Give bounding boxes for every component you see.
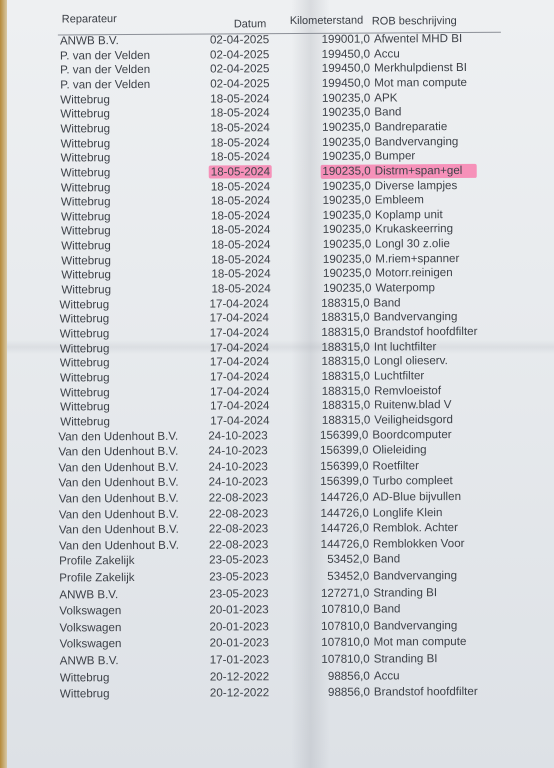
cell-datum: 18-05-2024 [211, 209, 270, 222]
header-kilometerstand: Kilometerstand [290, 15, 363, 27]
cell-datum: 22-08-2023 [209, 522, 268, 535]
cell-datum: 22-08-2023 [209, 538, 268, 551]
cell-reparateur: Volkswagen [59, 621, 121, 634]
cell-reparateur: Van den Udenhout B.V. [59, 492, 179, 506]
cell-datum: 22-08-2023 [209, 507, 268, 520]
cell-kilometerstand: 156399,0 [296, 444, 368, 457]
cell-reparateur: P. van der Velden [60, 63, 150, 77]
cell-datum: 20-01-2023 [209, 603, 268, 616]
header-reparateur: Reparateur [62, 13, 117, 25]
cell-datum: 18-05-2024 [210, 121, 269, 134]
cell-kilometerstand: 190235,0 [299, 136, 371, 149]
cell-reparateur: Wittebrug [60, 342, 110, 355]
cell-datum: 17-04-2024 [210, 341, 269, 354]
cell-datum: 17-04-2024 [210, 355, 269, 368]
cell-datum: 23-05-2023 [209, 570, 268, 583]
cell-datum: 22-08-2023 [209, 491, 268, 504]
cell-kilometerstand: 144726,0 [297, 538, 369, 551]
cell-kilometerstand: 188315,0 [298, 341, 370, 354]
cell-kilometerstand: 190235,0 [298, 106, 370, 119]
cell-kilometerstand: 190235,0 [299, 267, 371, 280]
cell-beschrijving: Brandstof hoofdfilter [374, 325, 478, 339]
cell-beschrijving: Accu [374, 669, 400, 682]
cell-reparateur: Van den Udenhout B.V. [59, 508, 179, 522]
cell-beschrijving: Boordcomputer [372, 428, 451, 441]
cell-beschrijving: Longl 30 z.olie [375, 237, 450, 250]
cell-beschrijving: Bandvervanging [375, 135, 459, 149]
cell-reparateur: Volkswagen [60, 637, 122, 650]
cell-kilometerstand: 199450,0 [298, 77, 370, 90]
cell-kilometerstand: 107810,0 [297, 603, 369, 616]
cell-reparateur: Van den Udenhout B.V. [58, 445, 178, 459]
cell-kilometerstand: 107810,0 [298, 636, 370, 649]
cell-kilometerstand: 190235,0 [299, 253, 371, 266]
cell-datum: 17-04-2024 [210, 311, 269, 324]
cell-datum: 17-01-2023 [210, 653, 269, 666]
cell-kilometerstand: 188315,0 [298, 414, 370, 427]
cell-datum: 24-10-2023 [209, 475, 268, 488]
cell-beschrijving: Roetfilter [372, 459, 418, 472]
cell-beschrijving: Stranding BI [374, 652, 438, 665]
cell-datum: 20-12-2022 [210, 670, 269, 683]
cell-beschrijving: Stranding BI [373, 586, 437, 599]
cell-kilometerstand: 53452,0 [297, 570, 369, 583]
cell-datum: 18-05-2024 [211, 223, 270, 236]
cell-beschrijving: Int luchtfilter [374, 340, 437, 353]
cell-reparateur: Wittebrug [61, 137, 111, 150]
table-row: Volkswagen20-01-2023107810,0Mot man comp… [0, 634, 552, 652]
cell-datum: 23-05-2023 [209, 587, 268, 600]
cell-kilometerstand: 188315,0 [298, 326, 370, 339]
cell-kilometerstand: 188315,0 [298, 399, 370, 412]
cell-beschrijving: Ruitenw.blad V [374, 398, 451, 411]
cell-beschrijving: AD-Blue bijvullen [373, 490, 461, 504]
cell-kilometerstand: 190235,0 [298, 92, 370, 105]
cell-reparateur: ANWB B.V. [60, 654, 119, 667]
cell-datum: 18-05-2024 [211, 238, 270, 251]
cell-reparateur: Wittebrug [61, 195, 111, 208]
cell-kilometerstand: 188315,0 [298, 355, 370, 368]
cell-beschrijving: Bandvervanging [374, 310, 458, 324]
cell-datum: 02-04-2025 [210, 48, 269, 61]
cell-kilometerstand: 98856,0 [298, 670, 370, 683]
cell-datum: 20-01-2023 [210, 636, 269, 649]
cell-beschrijving: Distrm+span+gel [375, 164, 463, 178]
cell-beschrijving: Mot man compute [374, 635, 467, 649]
cell-beschrijving: APK [374, 91, 397, 104]
cell-datum: 18-05-2024 [211, 150, 270, 163]
cell-kilometerstand: 199450,0 [298, 62, 370, 75]
cell-datum: 18-05-2024 [211, 136, 270, 149]
table-row: Profile Zakelijk23-05-202353452,0Bandver… [0, 568, 551, 586]
cell-beschrijving: Olieleiding [372, 443, 426, 456]
cell-beschrijving: Bandvervanging [373, 569, 457, 583]
cell-reparateur: Wittebrug [60, 122, 110, 135]
cell-kilometerstand: 127271,0 [297, 587, 369, 600]
cell-kilometerstand: 190235,0 [299, 150, 371, 163]
cell-reparateur: Wittebrug [61, 268, 111, 281]
cell-reparateur: Wittebrug [60, 671, 110, 684]
table-row: Profile Zakelijk23-05-202353452,0Band [0, 551, 551, 569]
cell-beschrijving: Koplamp unit [375, 208, 443, 221]
cell-beschrijving: Bumper [375, 149, 416, 162]
cell-reparateur: Wittebrug [61, 166, 111, 179]
cell-datum: 17-04-2024 [209, 297, 268, 310]
cell-datum: 18-05-2024 [211, 253, 270, 266]
cell-reparateur: ANWB B.V. [60, 34, 119, 47]
cell-beschrijving: Remvloeistof [374, 384, 441, 397]
cell-datum: 18-05-2024 [210, 92, 269, 105]
cell-beschrijving: Longlife Klein [373, 506, 443, 519]
cell-beschrijving: Diverse lampjes [375, 179, 458, 193]
cell-kilometerstand: 199450,0 [298, 48, 370, 61]
cell-reparateur: Wittebrug [60, 687, 110, 700]
cell-kilometerstand: 188315,0 [298, 385, 370, 398]
cell-kilometerstand: 144726,0 [297, 491, 369, 504]
cell-beschrijving: Band [373, 602, 400, 615]
cell-reparateur: Wittebrug [61, 151, 111, 164]
cell-beschrijving: Embleem [375, 193, 424, 206]
cell-reparateur: Van den Udenhout B.V. [59, 476, 179, 490]
table-row: Wittebrug20-12-202298856,0Brandstof hoof… [0, 684, 552, 702]
cell-reparateur: Wittebrug [60, 415, 110, 428]
cell-reparateur: P. van der Velden [60, 78, 150, 92]
cell-beschrijving: Merkhulpdienst BI [374, 61, 467, 75]
cell-kilometerstand: 188315,0 [297, 297, 369, 310]
cell-datum: 20-12-2022 [210, 686, 269, 699]
cell-datum: 17-04-2024 [210, 326, 269, 339]
cell-beschrijving: Waterpomp [375, 281, 435, 294]
cell-beschrijving: Remblok. Achter [373, 521, 458, 535]
cell-reparateur: Wittebrug [60, 400, 110, 413]
cell-kilometerstand: 144726,0 [297, 522, 369, 535]
cell-beschrijving: Afwentel MHD BI [374, 32, 462, 46]
cell-kilometerstand: 156399,0 [296, 429, 368, 442]
cell-datum: 18-05-2024 [211, 282, 270, 295]
cell-datum: 17-04-2024 [210, 399, 269, 412]
cell-kilometerstand: 190235,0 [299, 165, 371, 178]
cell-reparateur: Wittebrug [59, 298, 109, 311]
cell-beschrijving: Luchtfilter [374, 369, 424, 382]
header-beschrijving: ROB beschrijving [372, 15, 457, 28]
cell-beschrijving: Band [373, 296, 400, 309]
cell-kilometerstand: 199001,0 [298, 33, 370, 46]
cell-reparateur: ANWB B.V. [59, 588, 118, 601]
cell-kilometerstand: 190235,0 [298, 121, 370, 134]
cell-kilometerstand: 188315,0 [298, 311, 370, 324]
cell-beschrijving: Turbo compleet [373, 474, 453, 487]
cell-beschrijving: Remblokken Voor [373, 537, 465, 551]
cell-datum: 24-10-2023 [208, 444, 267, 457]
cell-reparateur: Wittebrug [61, 239, 111, 252]
cell-kilometerstand: 190235,0 [299, 180, 371, 193]
cell-datum: 17-04-2024 [210, 385, 269, 398]
cell-datum: 18-05-2024 [209, 165, 272, 178]
header-datum: Datum [234, 18, 266, 30]
cell-kilometerstand: 107810,0 [298, 653, 370, 666]
cell-reparateur: Wittebrug [60, 356, 110, 369]
cell-datum: 18-05-2024 [211, 194, 270, 207]
cell-datum: 17-04-2024 [210, 370, 269, 383]
cell-beschrijving: M.riem+spanner [375, 252, 459, 266]
cell-datum: 24-10-2023 [208, 460, 267, 473]
cell-kilometerstand: 188315,0 [298, 370, 370, 383]
cell-kilometerstand: 144726,0 [297, 507, 369, 520]
cell-beschrijving: Bandvervanging [373, 619, 457, 633]
cell-reparateur: Wittebrug [61, 224, 111, 237]
cell-reparateur: Wittebrug [61, 283, 111, 296]
cell-reparateur: Wittebrug [60, 371, 110, 384]
cell-kilometerstand: 53452,0 [297, 553, 369, 566]
cell-reparateur: Profile Zakelijk [59, 554, 134, 567]
cell-beschrijving: Bandreparatie [374, 120, 447, 133]
cell-beschrijving: Mot man compute [374, 76, 467, 90]
cell-kilometerstand: 98856,0 [298, 686, 370, 699]
cell-reparateur: Wittebrug [60, 327, 110, 340]
cell-reparateur: Van den Udenhout B.V. [58, 430, 178, 444]
cell-datum: 02-04-2025 [210, 62, 269, 75]
cell-kilometerstand: 190235,0 [299, 223, 371, 236]
cell-beschrijving: Krukaskeerring [375, 222, 453, 235]
cell-beschrijving: Longl olieserv. [374, 354, 448, 367]
cell-reparateur: Wittebrug [60, 93, 110, 106]
cell-beschrijving: Brandstof hoofdfilter [374, 685, 478, 699]
cell-datum: 17-04-2024 [210, 414, 269, 427]
cell-datum: 24-10-2023 [208, 429, 267, 442]
cell-reparateur: Van den Udenhout B.V. [59, 539, 179, 553]
cell-reparateur: Wittebrug [60, 386, 110, 399]
cell-reparateur: Volkswagen [59, 604, 121, 617]
table-row: ANWB B.V.17-01-2023107810,0Stranding BI [0, 651, 552, 669]
cell-beschrijving: Band [374, 105, 401, 118]
cell-reparateur: Wittebrug [61, 181, 111, 194]
cell-kilometerstand: 190235,0 [299, 209, 371, 222]
cell-datum: 20-01-2023 [209, 620, 268, 633]
cell-datum: 18-05-2024 [211, 180, 270, 193]
cell-reparateur: Van den Udenhout B.V. [59, 523, 179, 537]
cell-reparateur: Wittebrug [60, 312, 110, 325]
cell-datum: 02-04-2025 [210, 77, 269, 90]
cell-datum: 18-05-2024 [211, 267, 270, 280]
cell-kilometerstand: 190235,0 [299, 194, 371, 207]
cell-kilometerstand: 156399,0 [296, 460, 368, 473]
cell-reparateur: Wittebrug [61, 210, 111, 223]
cell-reparateur: Wittebrug [60, 107, 110, 120]
cell-beschrijving: Veiligheidsgord [374, 413, 453, 426]
cell-beschrijving: Band [373, 552, 400, 565]
cell-kilometerstand: 190235,0 [299, 238, 371, 251]
cell-kilometerstand: 156399,0 [297, 475, 369, 488]
cell-reparateur: Profile Zakelijk [59, 571, 134, 584]
cell-datum: 02-04-2025 [210, 33, 269, 46]
cell-reparateur: Wittebrug [61, 254, 111, 267]
cell-reparateur: P. van der Velden [60, 49, 150, 63]
cell-beschrijving: Accu [374, 47, 400, 60]
maintenance-record: Reparateur Datum Kilometerstand ROB besc… [0, 0, 554, 768]
cell-kilometerstand: 107810,0 [297, 620, 369, 633]
cell-datum: 18-05-2024 [210, 106, 269, 119]
cell-datum: 23-05-2023 [209, 553, 268, 566]
cell-reparateur: Van den Udenhout B.V. [58, 461, 178, 475]
table-row: Volkswagen20-01-2023107810,0Band [0, 601, 551, 619]
cell-beschrijving: Motorr.reinigen [375, 266, 452, 279]
cell-kilometerstand: 190235,0 [299, 282, 371, 295]
